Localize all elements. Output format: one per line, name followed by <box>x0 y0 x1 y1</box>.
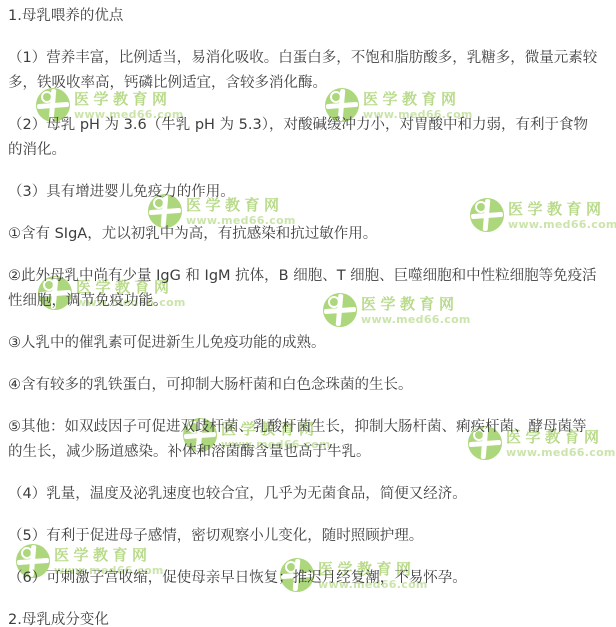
immunity-point-1: ①含有 SIgA，尤以初乳中为高，有抗感染和抗过敏作用。 <box>8 222 600 247</box>
immunity-point-3: ③人乳中的催乳素可促进新生儿免疫功能的成熟。 <box>8 331 600 356</box>
advantage-item-3: （3）具有增进婴儿免疫力的作用。 <box>8 180 600 205</box>
advantage-item-5: （5）有利于促进母子感情，密切观察小儿变化，随时照顾护理。 <box>8 524 600 549</box>
immunity-point-4: ④含有较多的乳铁蛋白，可抑制大肠杆菌和白色念珠菌的生长。 <box>8 373 600 398</box>
article-body: 1.母乳喂养的优点 （1）营养丰富，比例适当，易消化吸收。白蛋白多，不饱和脂肪酸… <box>0 0 616 627</box>
advantage-item-6: （6）可刺激子宫收缩，促使母亲早日恢复；推迟月经复潮，不易怀孕。 <box>8 566 600 591</box>
section-1-title: 1.母乳喂养的优点 <box>8 4 600 29</box>
advantage-item-2: （2）母乳 pH 为 3.6（牛乳 pH 为 5.3），对酸碱缓冲力小，对胃酸中… <box>8 113 600 163</box>
advantage-item-1: （1）营养丰富，比例适当，易消化吸收。白蛋白多，不饱和脂肪酸多，乳糖多，微量元素… <box>8 46 600 96</box>
section-2-title: 2.母乳成分变化 <box>8 608 600 627</box>
document-page: 医学教育网www.med66.com 医学教育网www.med66.com 医学… <box>0 0 616 627</box>
advantage-item-4: （4）乳量，温度及泌乳速度也较合宜，几乎为无菌食品，简便又经济。 <box>8 482 600 507</box>
immunity-point-5: ⑤其他：如双歧因子可促进双歧杆菌、乳酸杆菌生长，抑制大肠杆菌、痢疾杆菌、酵母菌等… <box>8 415 600 465</box>
immunity-point-2: ②此外母乳中尚有少量 IgG 和 IgM 抗体，B 细胞、T 细胞、巨噬细胞和中… <box>8 264 600 314</box>
